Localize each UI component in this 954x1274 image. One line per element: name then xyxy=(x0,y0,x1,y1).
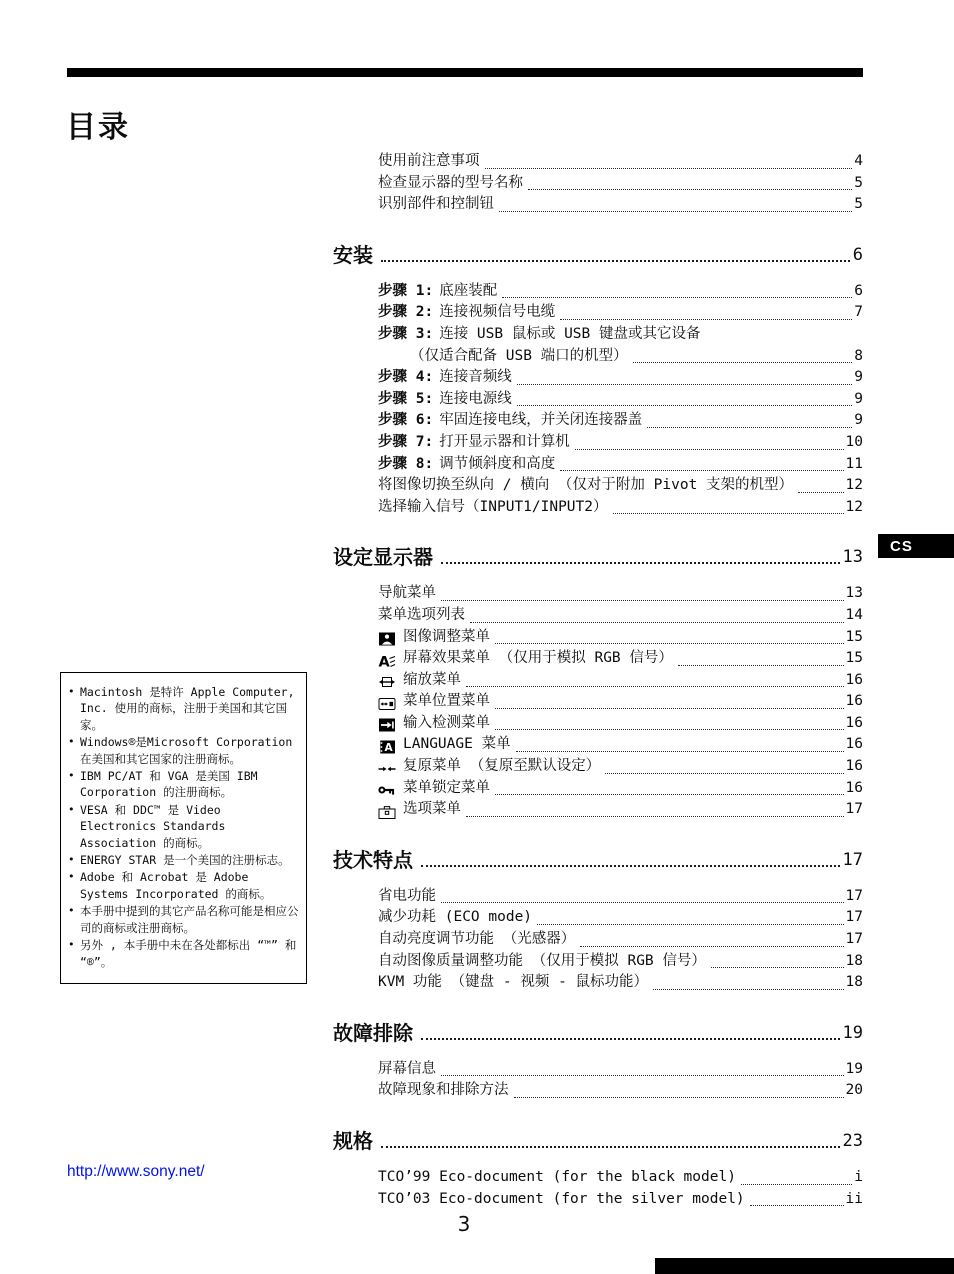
toc-entry-label: 菜单选项列表 xyxy=(378,605,465,627)
folio-page-number: 3 xyxy=(0,1212,928,1236)
toc-entry-page: 10 xyxy=(846,432,863,454)
toc-entry-label: 牢固连接电线，并关闭连接器盖 xyxy=(439,410,642,432)
dot-leader xyxy=(798,492,844,493)
menu-position-icon xyxy=(378,697,396,711)
bullet-icon: • xyxy=(68,937,80,970)
trademark-text: VESA 和 DDC™ 是 Video Electronics Standard… xyxy=(80,802,299,851)
dot-leader xyxy=(605,773,843,774)
toc-entry[interactable]: 菜单位置菜单16 xyxy=(333,691,863,713)
dot-leader xyxy=(750,1205,844,1206)
toc-entry-page: 16 xyxy=(846,778,863,800)
dot-leader xyxy=(502,297,852,298)
toc-section-header[interactable]: 设定显示器13 xyxy=(333,544,863,570)
toc-entry[interactable]: 将图像切换至纵向 / 横向 （仅对于附加 Pivot 支架的机型）12 xyxy=(333,475,863,497)
toc-section-page: 19 xyxy=(843,1020,863,1046)
toc-entry-label: 检查显示器的型号名称 xyxy=(378,173,523,195)
toc-entry-page: 16 xyxy=(846,670,863,692)
toc-entry[interactable]: （仅适合配备 USB 端口的机型）8 xyxy=(333,346,863,368)
trademark-text: 另外 , 本手册中未在各处都标出 “™” 和 “®”。 xyxy=(80,937,299,970)
toc-entry[interactable]: 省电功能17 xyxy=(333,886,863,908)
bottom-edge-bar xyxy=(655,1258,954,1274)
toc-entry-page: 16 xyxy=(846,756,863,778)
toc-entry-label: 导航菜单 xyxy=(378,583,436,605)
toc-entry-page: 7 xyxy=(854,302,863,324)
toc-entry-label: 复原菜单 （复原至默认设定） xyxy=(403,756,600,778)
option-icon xyxy=(378,805,396,819)
toc-entry-page: 16 xyxy=(846,713,863,735)
picture-adjust-icon xyxy=(378,632,396,646)
toc-entry[interactable]: TCO’99 Eco-document (for the black model… xyxy=(333,1167,863,1189)
toc-entry[interactable]: 使用前注意事项4 xyxy=(333,151,863,173)
toc-section-title: 规格 xyxy=(333,1128,373,1154)
toc-entry-page: 9 xyxy=(854,367,863,389)
dot-leader xyxy=(499,211,852,212)
trademark-item: •本手册中提到的其它产品名称可能是相应公司的商标或注册商标。 xyxy=(68,903,299,936)
toc-section-title: 安装 xyxy=(333,242,373,268)
dot-leader xyxy=(560,470,843,471)
dot-leader xyxy=(560,319,852,320)
bullet-icon: • xyxy=(68,734,80,767)
bullet-icon: • xyxy=(68,903,80,936)
toc-entry-page: 12 xyxy=(846,475,863,497)
toc-entry[interactable]: 复原菜单 （复原至默认设定）16 xyxy=(333,756,863,778)
toc-entry-label: 省电功能 xyxy=(378,886,436,908)
language-tab-label: CS xyxy=(890,538,913,555)
trademark-text: Adobe 和 Acrobat 是 Adobe Systems Incorpor… xyxy=(80,869,299,902)
toc-section-header[interactable]: 安装6 xyxy=(333,242,863,268)
toc-section-title: 技术特点 xyxy=(333,847,413,873)
toc-entry[interactable]: 图像调整菜单15 xyxy=(333,627,863,649)
dot-leader xyxy=(441,562,840,564)
trademark-text: IBM PC/AT 和 VGA 是美国 IBM Corporation 的注册商… xyxy=(80,768,299,801)
toc-entry[interactable]: TCO’03 Eco-document (for the silver mode… xyxy=(333,1189,863,1211)
toc-entry-label: TCO’99 Eco-document (for the black model… xyxy=(378,1167,736,1189)
trademark-text: Macintosh 是特许 Apple Computer, Inc. 使用的商标… xyxy=(80,684,299,733)
toc-entry-prefix: 步骤 4: xyxy=(378,367,433,389)
toc-entry-label: 菜单位置菜单 xyxy=(403,691,490,713)
menu-lock-icon xyxy=(378,783,396,797)
bullet-icon: • xyxy=(68,684,80,733)
dot-leader xyxy=(495,729,844,730)
toc-entry-page: 11 xyxy=(846,454,863,476)
toc-entry-page: 15 xyxy=(846,627,863,649)
toc-entry-label: 将图像切换至纵向 / 横向 （仅对于附加 Pivot 支架的机型） xyxy=(378,475,793,497)
toc-section-page: 13 xyxy=(843,544,863,570)
dot-leader xyxy=(653,989,844,990)
trademark-text: 本手册中提到的其它产品名称可能是相应公司的商标或注册商标。 xyxy=(80,903,299,936)
dot-leader xyxy=(647,427,852,428)
toc-entry-label: LANGUAGE 菜单 xyxy=(403,734,511,756)
toc-entry[interactable]: 故障现象和排除方法20 xyxy=(333,1080,863,1102)
toc-entry[interactable]: 屏幕信息19 xyxy=(333,1059,863,1081)
trademark-text: ENERGY STAR 是一个美国的注册标志。 xyxy=(80,852,299,868)
toc-entry-label: KVM 功能 （键盘 - 视频 - 鼠标功能） xyxy=(378,972,648,994)
toc-entry-label: 调节倾斜度和高度 xyxy=(439,454,555,476)
toc-entry[interactable]: 输入检测菜单16 xyxy=(333,713,863,735)
trademark-item: •Windows®是Microsoft Corporation 在美国和其它国家… xyxy=(68,734,299,767)
dot-leader xyxy=(441,600,844,601)
toc-entry-label: （仅适合配备 USB 端口的机型） xyxy=(410,346,628,368)
toc-entry-label: 选择输入信号（INPUT1/INPUT2） xyxy=(378,497,608,519)
toc-entry[interactable]: 步骤 2:连接视频信号电缆7 xyxy=(333,302,863,324)
toc-entry-label: 连接电源线 xyxy=(439,389,512,411)
toc-entry-prefix: 步骤 6: xyxy=(378,410,433,432)
toc-entry-label: 故障现象和排除方法 xyxy=(378,1080,509,1102)
toc-entry-page: 6 xyxy=(854,281,863,303)
toc-section-page: 23 xyxy=(843,1128,863,1154)
toc-entry[interactable]: 自动亮度调节功能 （光感器）17 xyxy=(333,929,863,951)
toc-entry[interactable]: 步骤 5:连接电源线9 xyxy=(333,389,863,411)
toc-entry-page: 16 xyxy=(846,691,863,713)
trademark-item: •IBM PC/AT 和 VGA 是美国 IBM Corporation 的注册… xyxy=(68,768,299,801)
bullet-icon: • xyxy=(68,768,80,801)
toc-entry[interactable]: 自动图像质量调整功能 （仅用于模拟 RGB 信号）18 xyxy=(333,951,863,973)
toc-entry[interactable]: 识别部件和控制钮5 xyxy=(333,194,863,216)
toc-entry-label: 底座装配 xyxy=(439,281,497,303)
toc-section-header[interactable]: 故障排除19 xyxy=(333,1020,863,1046)
trademark-item: •ENERGY STAR 是一个美国的注册标志。 xyxy=(68,852,299,868)
toc-entry[interactable]: 步骤 3:连接 USB 鼠标或 USB 键盘或其它设备 xyxy=(333,324,863,346)
toc-entry[interactable]: 步骤 1:底座装配6 xyxy=(333,281,863,303)
dot-leader xyxy=(441,1075,844,1076)
trademark-notice-box: •Macintosh 是特许 Apple Computer, Inc. 使用的商… xyxy=(60,672,307,984)
toc-entry-page: 16 xyxy=(846,734,863,756)
screen-effect-icon: A xyxy=(378,654,396,668)
toc-entry-prefix: 步骤 3: xyxy=(378,324,433,346)
toc-section-title: 故障排除 xyxy=(333,1020,413,1046)
toc-entry-page: i xyxy=(854,1167,863,1189)
dot-leader xyxy=(711,967,844,968)
bullet-icon: • xyxy=(68,869,80,902)
toc-entry[interactable]: 导航菜单13 xyxy=(333,583,863,605)
toc-entry-page: 17 xyxy=(846,886,863,908)
zoom-icon xyxy=(378,675,396,689)
dot-leader xyxy=(495,794,844,795)
dot-leader xyxy=(381,1146,840,1148)
toc-entry[interactable]: 检查显示器的型号名称5 xyxy=(333,173,863,195)
toc-entry-page: 12 xyxy=(846,497,863,519)
bullet-icon: • xyxy=(68,802,80,851)
dot-leader xyxy=(741,1184,852,1185)
dot-leader xyxy=(528,189,852,190)
toc-entry-label: 连接 USB 鼠标或 USB 键盘或其它设备 xyxy=(439,324,700,346)
toc-entry[interactable]: 菜单锁定菜单16 xyxy=(333,778,863,800)
toc-entry-page: 19 xyxy=(846,1059,863,1081)
toc-entry[interactable]: 选项菜单17 xyxy=(333,799,863,821)
toc-entry-label: 自动亮度调节功能 （光感器） xyxy=(378,929,575,951)
toc-entry-label: 使用前注意事项 xyxy=(378,151,480,173)
svg-text:A: A xyxy=(385,742,394,754)
table-of-contents: 使用前注意事项4检查显示器的型号名称5识别部件和控制钮5安装6步骤 1:底座装配… xyxy=(333,151,863,1210)
svg-text:A: A xyxy=(379,654,391,668)
dot-leader xyxy=(421,865,840,867)
toc-entry-label: 选项菜单 xyxy=(403,799,461,821)
toc-entry[interactable]: 缩放菜单16 xyxy=(333,670,863,692)
dot-leader xyxy=(421,1038,840,1040)
toc-entry-page: 17 xyxy=(846,799,863,821)
toc-entry-label: 减少功耗 (ECO mode) xyxy=(378,907,532,929)
toc-section-title: 设定显示器 xyxy=(333,544,433,570)
language-icon: A xyxy=(378,740,396,754)
toc-entry-label: 图像调整菜单 xyxy=(403,627,490,649)
toc-entry-prefix: 步骤 8: xyxy=(378,454,433,476)
toc-entry[interactable]: 菜单选项列表14 xyxy=(333,605,863,627)
trademark-text: Windows®是Microsoft Corporation 在美国和其它国家的… xyxy=(80,734,299,767)
toc-entry-page: 18 xyxy=(846,972,863,994)
language-tab-cs: CS xyxy=(878,534,954,558)
dot-leader xyxy=(517,384,853,385)
bullet-icon: • xyxy=(68,852,80,868)
toc-section-page: 6 xyxy=(853,242,863,268)
dot-leader xyxy=(575,449,844,450)
toc-entry-label: TCO’03 Eco-document (for the silver mode… xyxy=(378,1189,745,1211)
toc-entry-page: ii xyxy=(846,1189,863,1211)
dot-leader xyxy=(470,622,844,623)
toc-entry[interactable]: 步骤 4:连接音频线9 xyxy=(333,367,863,389)
toc-entry-page: 18 xyxy=(846,951,863,973)
top-rule-bar xyxy=(67,68,863,77)
trademark-item: •VESA 和 DDC™ 是 Video Electronics Standar… xyxy=(68,802,299,851)
toc-entry[interactable]: 选择输入信号（INPUT1/INPUT2）12 xyxy=(333,497,863,519)
toc-entry-label: 屏幕信息 xyxy=(378,1059,436,1081)
toc-entry[interactable]: A屏幕效果菜单 （仅用于模拟 RGB 信号）15 xyxy=(333,648,863,670)
toc-entry-label: 自动图像质量调整功能 （仅用于模拟 RGB 信号） xyxy=(378,951,706,973)
toc-entry-page: 13 xyxy=(846,583,863,605)
toc-entry[interactable]: ALANGUAGE 菜单16 xyxy=(333,734,863,756)
toc-entry[interactable]: 步骤 6:牢固连接电线，并关闭连接器盖9 xyxy=(333,410,863,432)
dot-leader xyxy=(633,362,853,363)
toc-entry-page: 5 xyxy=(854,173,863,195)
trademark-item: •Macintosh 是特许 Apple Computer, Inc. 使用的商… xyxy=(68,684,299,733)
dot-leader xyxy=(613,513,844,514)
toc-entry-page: 15 xyxy=(846,648,863,670)
toc-entry[interactable]: KVM 功能 （键盘 - 视频 - 鼠标功能）18 xyxy=(333,972,863,994)
toc-entry-page: 9 xyxy=(854,410,863,432)
toc-entry-page: 9 xyxy=(854,389,863,411)
toc-entry-label: 连接音频线 xyxy=(439,367,512,389)
dot-leader xyxy=(485,168,853,169)
dot-leader xyxy=(441,902,844,903)
toc-entry-page: 8 xyxy=(854,346,863,368)
toc-entry-label: 识别部件和控制钮 xyxy=(378,194,494,216)
toc-section-page: 17 xyxy=(843,847,863,873)
toc-entry-prefix: 步骤 5: xyxy=(378,389,433,411)
toc-entry[interactable]: 步骤 8:调节倾斜度和高度11 xyxy=(333,454,863,476)
dot-leader xyxy=(537,924,844,925)
trademark-item: •另外 , 本手册中未在各处都标出 “™” 和 “®”。 xyxy=(68,937,299,970)
toc-entry-label: 菜单锁定菜单 xyxy=(403,778,490,800)
sony-website-link[interactable]: http://www.sony.net/ xyxy=(67,1163,205,1181)
toc-section-header[interactable]: 技术特点17 xyxy=(333,847,863,873)
trademark-item: •Adobe 和 Acrobat 是 Adobe Systems Incorpo… xyxy=(68,869,299,902)
dot-leader xyxy=(495,643,844,644)
toc-section-header[interactable]: 规格23 xyxy=(333,1128,863,1154)
toc-entry-page: 17 xyxy=(846,907,863,929)
dot-leader xyxy=(466,816,844,817)
toc-entry[interactable]: 步骤 7:打开显示器和计算机10 xyxy=(333,432,863,454)
toc-entry-page: 14 xyxy=(846,605,863,627)
toc-entry-label: 缩放菜单 xyxy=(403,670,461,692)
toc-entry-prefix: 步骤 7: xyxy=(378,432,433,454)
dot-leader xyxy=(495,708,844,709)
dot-leader xyxy=(678,665,844,666)
page-title: 目录 xyxy=(66,102,130,146)
input-detect-icon xyxy=(378,718,396,732)
dot-leader xyxy=(516,751,844,752)
toc-entry-prefix: 步骤 2: xyxy=(378,302,433,324)
toc-entry[interactable]: 减少功耗 (ECO mode)17 xyxy=(333,907,863,929)
dot-leader xyxy=(466,686,844,687)
toc-entry-label: 屏幕效果菜单 （仅用于模拟 RGB 信号） xyxy=(403,648,673,670)
toc-entry-label: 输入检测菜单 xyxy=(403,713,490,735)
toc-entry-page: 20 xyxy=(846,1080,863,1102)
dot-leader xyxy=(517,405,853,406)
dot-leader xyxy=(381,260,850,262)
dot-leader xyxy=(514,1097,844,1098)
manual-toc-page: 目录 使用前注意事项4检查显示器的型号名称5识别部件和控制钮5安装6步骤 1:底… xyxy=(0,0,954,1274)
toc-entry-label: 连接视频信号电缆 xyxy=(439,302,555,324)
dot-leader xyxy=(580,946,843,947)
reset-icon xyxy=(378,762,396,776)
toc-entry-page: 17 xyxy=(846,929,863,951)
toc-entry-page: 4 xyxy=(854,151,863,173)
toc-entry-page: 5 xyxy=(854,194,863,216)
toc-entry-prefix: 步骤 1: xyxy=(378,281,433,303)
toc-entry-label: 打开显示器和计算机 xyxy=(439,432,570,454)
